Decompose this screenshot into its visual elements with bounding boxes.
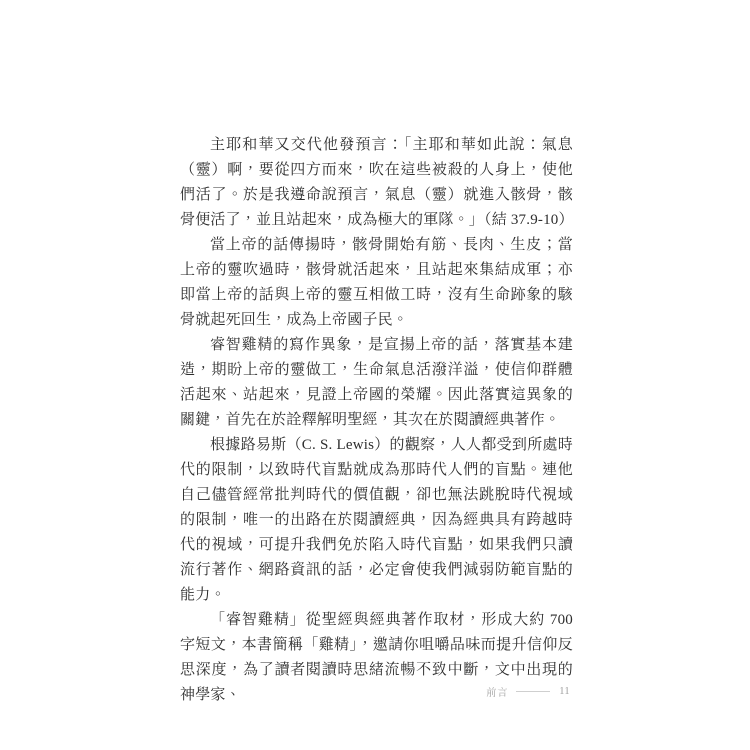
paragraph: 睿智雞精的寫作異象，是宣揚上帝的話，落實基本建造，期盼上帝的靈做工，生命氣息活潑… (180, 333, 573, 433)
footer-divider-line (516, 691, 550, 692)
paragraph: 當上帝的話傳揚時，骸骨開始有筋、長肉、生皮；當上帝的靈吹過時，骸骨就活起來，且站… (180, 233, 573, 333)
page-footer: 前言 11 (486, 684, 570, 699)
footer-page-number: 11 (559, 686, 570, 697)
page-body-text: 主耶和華又交代他發預言：「主耶和華如此說：氣息（靈）啊，要從四方而來，吹在這些被… (180, 133, 573, 708)
book-page: 主耶和華又交代他發預言：「主耶和華如此說：氣息（靈）啊，要從四方而來，吹在這些被… (0, 0, 750, 750)
footer-section-label: 前言 (486, 684, 508, 699)
paragraph: 主耶和華又交代他發預言：「主耶和華如此說：氣息（靈）啊，要從四方而來，吹在這些被… (180, 133, 573, 233)
paragraph: 根據路易斯（C. S. Lewis）的觀察，人人都受到所處時代的限制，以致時代盲… (180, 433, 573, 608)
